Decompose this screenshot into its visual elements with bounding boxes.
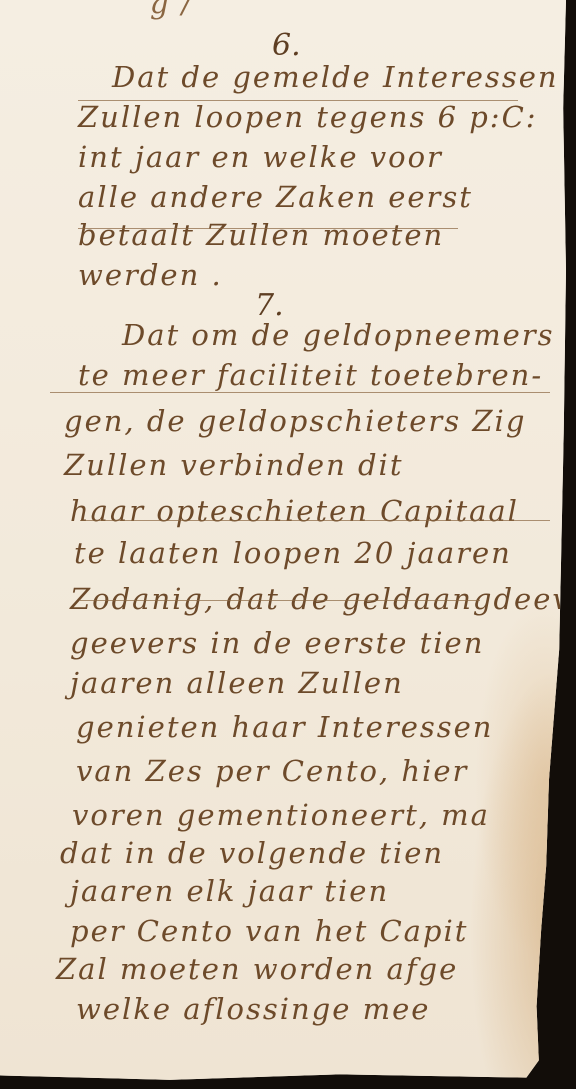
manuscript-page: g / 6. Dat de gemelde Interessen Zullen … <box>0 0 566 1082</box>
article-7-line-5: haar opteschieten Capitaal <box>70 494 519 528</box>
article-7-line-1: Dat om de geldopneemers <box>122 318 555 352</box>
article-7-line-2: te meer faciliteit toetebren- <box>78 358 543 392</box>
article-6-line-2: Zullen loopen tegens 6 p:C: <box>78 100 538 134</box>
ruled-line <box>80 600 480 601</box>
top-fragment: g / <box>150 0 194 20</box>
article-7-line-3: gen, de geldopschieters Zig <box>64 404 526 438</box>
article-6-line-6: werden . <box>78 258 223 292</box>
article-7-line-11: van Zes per Cento, hier <box>76 754 468 788</box>
article-7-line-8: geevers in de eerste tien <box>70 626 484 660</box>
article-7-line-9: jaaren alleen Zullen <box>70 666 404 700</box>
article-6-line-5: betaalt Zullen moeten <box>78 218 444 252</box>
article-7-line-14: jaaren elk jaar tien <box>70 874 389 908</box>
article-7-line-10: genieten haar Interessen <box>76 710 493 744</box>
article-6-line-4: alle andere Zaken eerst <box>78 180 473 214</box>
ruled-line <box>80 520 550 521</box>
article-7-line-13: dat in de volgende tien <box>60 836 444 870</box>
ruled-line <box>50 392 550 393</box>
article-7-line-15: per Cento van het Capit <box>70 914 468 948</box>
article-7-line-6: te laaten loopen 20 jaaren <box>74 536 512 570</box>
article-number-6: 6. <box>272 28 301 63</box>
article-6-line-3: int jaar en welke voor <box>78 140 443 174</box>
article-7-line-17: welke aflossinge mee <box>76 992 430 1026</box>
article-7-line-7: Zodanig, dat de geldaangdeevent <box>70 582 576 616</box>
article-7-line-16: Zal moeten worden afge <box>56 952 458 986</box>
ruled-line <box>78 228 458 229</box>
ruled-line <box>78 100 518 101</box>
article-7-line-4: Zullen verbinden dit <box>64 448 403 482</box>
article-7-line-12: voren gementioneert, ma <box>72 798 490 832</box>
article-6-line-1: Dat de gemelde Interessen <box>112 60 559 94</box>
